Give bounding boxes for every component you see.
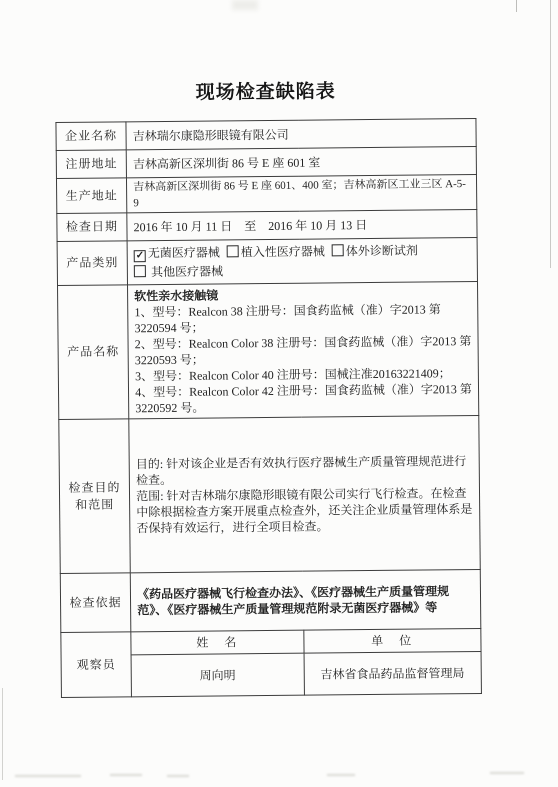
- table-row: 产品名称 软性亲水接触镜 1、型号：Realcon 38 注册号：国食药监械（准…: [58, 281, 479, 419]
- observer-name-header: 姓 名: [131, 630, 304, 655]
- row-label-company: 企业名称: [56, 122, 126, 151]
- inspection-date-value: 2016 年 10 月 11 日 至 2016 年 10 月 13 日: [127, 209, 477, 240]
- product-item: 1、型号：Realcon 38 注册号：国食药监械（准）字2013 第32205…: [134, 301, 471, 336]
- scan-edge-line-left: [2, 688, 3, 780]
- category-option: ✓无菌医疗器械: [134, 245, 220, 260]
- purpose-paragraph: 目的: 针对该企业是否有效执行医疗器械生产质量管理规范进行检查。: [136, 453, 473, 488]
- row-label-purpose-scope: 检查目的和范围: [59, 419, 131, 574]
- category-option: 体外诊断试剂: [332, 243, 418, 258]
- checkbox-unchecked-icon: [332, 244, 344, 256]
- category-option-label: 体外诊断试剂: [346, 243, 418, 258]
- table-row: 检查目的和范围 目的: 针对该企业是否有效执行医疗器械生产质量管理规范进行检查。…: [59, 415, 480, 573]
- table-row: 产品类别 ✓无菌医疗器械植入性医疗器械体外诊断试剂 其他医疗器械: [57, 237, 477, 285]
- scope-paragraph: 范围: 针对吉林瑞尔康隐形眼镜有限公司实行飞行检查。在检查中除根据检查方案开展重…: [136, 485, 473, 536]
- table-row: 企业名称 吉林瑞尔康隐形眼镜有限公司: [56, 118, 476, 150]
- form-sheet: 现场检查缺陷表 企业名称 吉林瑞尔康隐形眼镜有限公司 注册地址 吉林高新区深圳街…: [55, 78, 482, 698]
- inspection-defect-table: 企业名称 吉林瑞尔康隐形眼镜有限公司 注册地址 吉林高新区深圳街 86 号 E …: [55, 118, 482, 698]
- checkbox-unchecked-icon: [227, 245, 239, 257]
- company-name-value: 吉林瑞尔康隐形眼镜有限公司: [126, 118, 476, 149]
- category-option: 植入性医疗器械: [227, 244, 325, 259]
- scan-smudge: [232, 0, 258, 10]
- table-row: 生产地址 吉林高新区深圳街 86 号 E 座 601、400 室；吉林高新区工业…: [56, 174, 476, 213]
- scan-streak: [110, 774, 142, 776]
- page-title: 现场检查缺陷表: [55, 78, 476, 108]
- row-label-registered-address: 注册地址: [56, 150, 126, 179]
- category-option-label: 植入性医疗器械: [241, 244, 325, 259]
- scan-streak: [327, 774, 355, 776]
- table-row: 检查依据 《药品医疗器械飞行检查办法》、《医疗器械生产质量管理规范》、《医疗器械…: [60, 569, 481, 632]
- scan-streak: [490, 772, 524, 774]
- product-item: 4、型号：Realcon Color 42 注册号：国食药监械（准）字2013 …: [135, 381, 472, 416]
- checkbox-checked-icon: ✓: [134, 250, 146, 262]
- scanned-page: 现场检查缺陷表 企业名称 吉林瑞尔康隐形眼镜有限公司 注册地址 吉林高新区深圳街…: [0, 0, 558, 787]
- table-row: 检查日期 2016 年 10 月 11 日 至 2016 年 10 月 13 日: [57, 209, 477, 241]
- observer-unit-value: 吉林省食品药品监督管理局: [304, 651, 482, 695]
- checkbox-unchecked-icon: [134, 265, 146, 277]
- category-option-label: 无菌医疗器械: [148, 245, 220, 260]
- scan-edge-tick: [516, 0, 517, 12]
- observer-unit-header: 单 位: [303, 628, 481, 653]
- scan-streak: [167, 775, 189, 777]
- scan-edge-line: [550, 0, 551, 268]
- registered-address-value: 吉林高新区深圳街 86 号 E 座 601 室: [126, 146, 476, 177]
- row-label-observer: 观察员: [61, 632, 132, 698]
- category-option: 其他医疗器械: [134, 264, 223, 279]
- scan-streak: [15, 775, 81, 777]
- production-address-value: 吉林高新区深圳街 86 号 E 座 601、400 室；吉林高新区工业三区 A-…: [127, 174, 477, 212]
- row-label-basis: 检查依据: [60, 573, 131, 633]
- row-label-production-address: 生产地址: [56, 178, 126, 214]
- product-item: 2、型号：Realcon Color 38 注册号：国食药监械（准）字2013 …: [135, 333, 472, 368]
- purpose-scope-cell: 目的: 针对该企业是否有效执行医疗器械生产质量管理规范进行检查。 范围: 针对吉…: [129, 415, 480, 572]
- category-option-label: 其他医疗器械: [151, 264, 223, 279]
- row-label-product-name: 产品名称: [58, 285, 129, 420]
- row-label-inspection-date: 检查日期: [57, 213, 127, 242]
- row-label-product-category: 产品类别: [57, 241, 128, 286]
- inspection-basis-value: 《药品医疗器械飞行检查办法》、《医疗器械生产质量管理规范》、《医疗器械生产质量管…: [130, 569, 480, 631]
- product-category-cell: ✓无菌医疗器械植入性医疗器械体外诊断试剂 其他医疗器械: [127, 237, 477, 284]
- product-name-cell: 软性亲水接触镜 1、型号：Realcon 38 注册号：国食药监械（准）字201…: [128, 281, 479, 418]
- observer-name-value: 周向明: [131, 653, 304, 697]
- table-row: 注册地址 吉林高新区深圳街 86 号 E 座 601 室: [56, 146, 476, 178]
